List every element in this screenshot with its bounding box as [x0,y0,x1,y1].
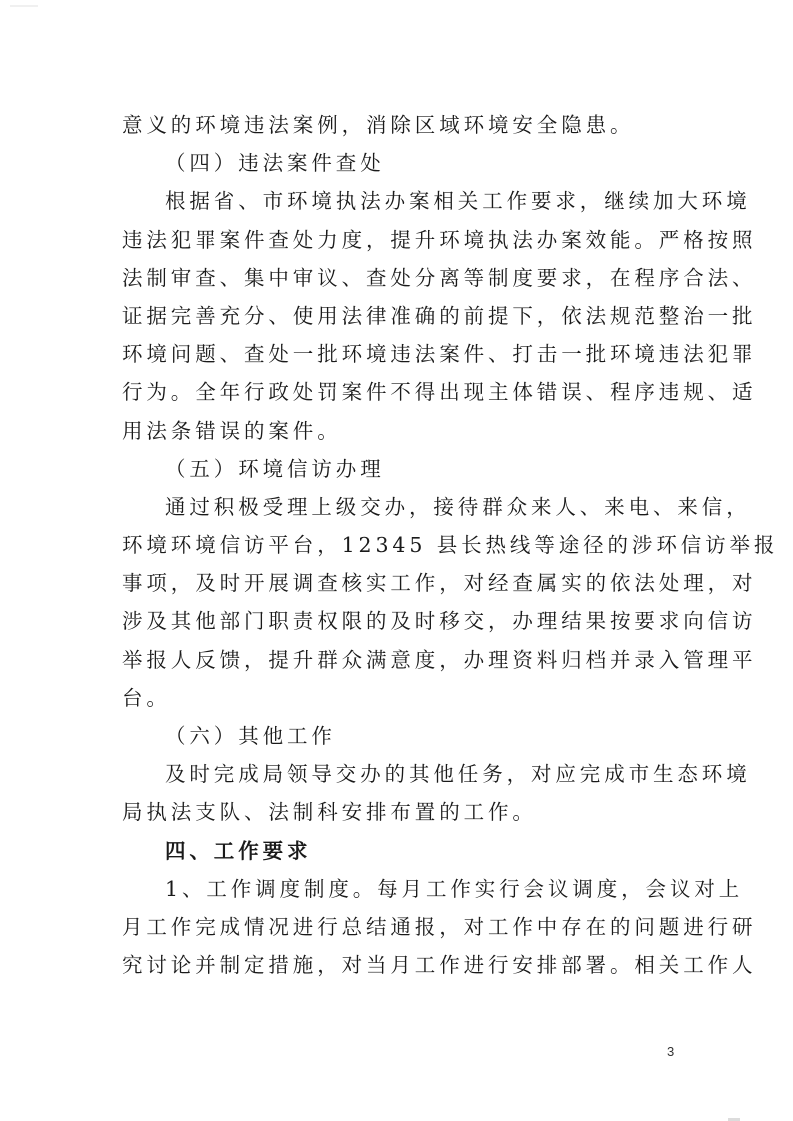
body-line: 台。 [122,679,674,717]
body-line: 举报人反馈，提升群众满意度，办理资料归档并录入管理平 [122,641,674,679]
scan-artifact [10,5,38,7]
body-line: 行为。全年行政处罚案件不得出现主体错误、程序违规、适 [122,373,674,411]
document-body: 意义的环境违法案例，消除区域环境安全隐患。 （四）违法案件查处 根据省、市环境执… [122,106,674,984]
body-line: 通过积极受理上级交办，接待群众来人、来电、来信， [122,488,674,526]
body-line: 及时完成局领导交办的其他任务，对应完成市生态环境 [122,755,674,793]
body-line: 用法条错误的案件。 [122,412,674,450]
body-line: 法制审查、集中审议、查处分离等制度要求，在程序合法、 [122,259,674,297]
heading-work-requirements: 四、工作要求 [122,832,674,870]
body-line: 意义的环境违法案例，消除区域环境安全隐患。 [122,106,674,144]
body-line: 环境问题、查处一批环境违法案件、打击一批环境违法犯罪 [122,335,674,373]
body-line: 根据省、市环境执法办案相关工作要求，继续加大环境 [122,182,674,220]
body-line: 究讨论并制定措施，对当月工作进行安排部署。相关工作人 [122,946,674,984]
body-line: 涉及其他部门职责权限的及时移交，办理结果按要求向信访 [122,602,674,640]
body-line: 月工作完成情况进行总结通报，对工作中存在的问题进行研 [122,908,674,946]
document-page: 意义的环境违法案例，消除区域环境安全隐患。 （四）违法案件查处 根据省、市环境执… [0,0,793,1121]
subheading-other-work: （六）其他工作 [122,717,674,755]
body-line: 1、工作调度制度。每月工作实行会议调度，会议对上 [122,870,674,908]
subheading-petition-handling: （五）环境信访办理 [122,450,674,488]
body-line: 事项，及时开展调查核实工作，对经查属实的依法处理，对 [122,564,674,602]
body-line: 环境环境信访平台，12345 县长热线等途径的涉环信访举报 [122,526,674,564]
body-line: 证据完善充分、使用法律准确的前提下，依法规范整治一批 [122,297,674,335]
body-line: 局执法支队、法制科安排布置的工作。 [122,793,674,831]
body-line: 违法犯罪案件查处力度，提升环境执法办案效能。严格按照 [122,221,674,259]
subheading-illegal-case-handling: （四）违法案件查处 [122,144,674,182]
page-number: 3 [667,1044,674,1059]
